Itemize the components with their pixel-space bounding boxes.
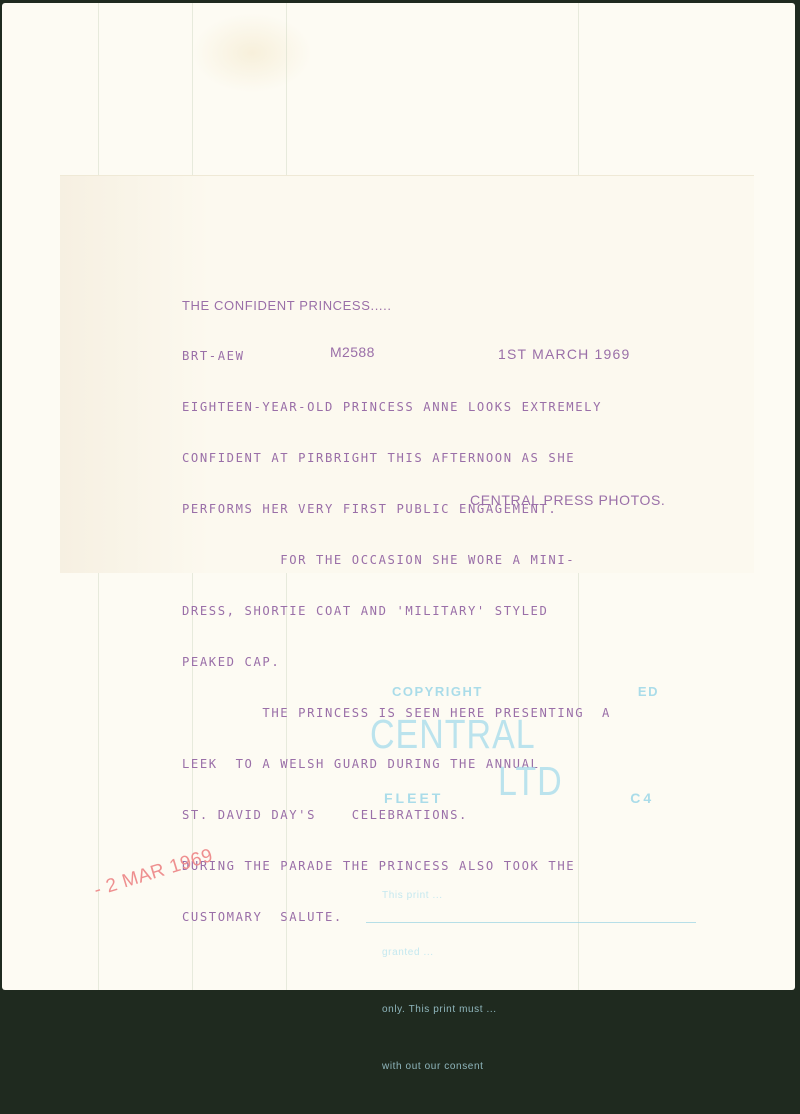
- caption-line: EIGHTEEN-YEAR-OLD PRINCESS ANNE LOOKS EX…: [182, 399, 611, 416]
- caption-reference-row: BRT-AEW M2588 1ST MARCH 1969: [182, 348, 611, 365]
- caption-title: THE CONFIDENT PRINCESS.....: [182, 297, 611, 314]
- caption-line: PEAKED CAP.: [182, 654, 611, 671]
- notice-line: granted ...: [382, 943, 497, 962]
- caption-line: FOR THE OCCASION SHE WORE A MINI-: [182, 552, 611, 569]
- caption-date: 1ST MARCH 1969: [498, 346, 630, 363]
- copyright-label: COPYRIGHT: [392, 684, 483, 699]
- address-street: FLEET: [384, 790, 443, 806]
- address-district: C4: [630, 790, 654, 806]
- agency-name: CENTRAL: [370, 712, 534, 758]
- caption-credit: CENTRAL PRESS PHOTOS.: [470, 492, 665, 508]
- copyright-stamp-heading: COPYRIGHT ED: [392, 684, 659, 699]
- caption-line: CONFIDENT AT PIRBRIGHT THIS AFTERNOON AS…: [182, 450, 611, 467]
- copyright-stamp: COPYRIGHT ED CENTRAL LTD FLEET C4 This p…: [366, 676, 702, 926]
- notice-line: This print ...: [382, 886, 497, 905]
- caption-ref-number: M2588: [330, 344, 375, 361]
- stamp-rule: [366, 922, 696, 923]
- caption-line: DRESS, SHORTIE COAT AND 'MILITARY' STYLE…: [182, 603, 611, 620]
- copyright-heading-tail: ED: [638, 684, 659, 699]
- caption-code: BRT-AEW: [182, 348, 245, 365]
- copyright-stamp-address: FLEET C4: [384, 790, 654, 806]
